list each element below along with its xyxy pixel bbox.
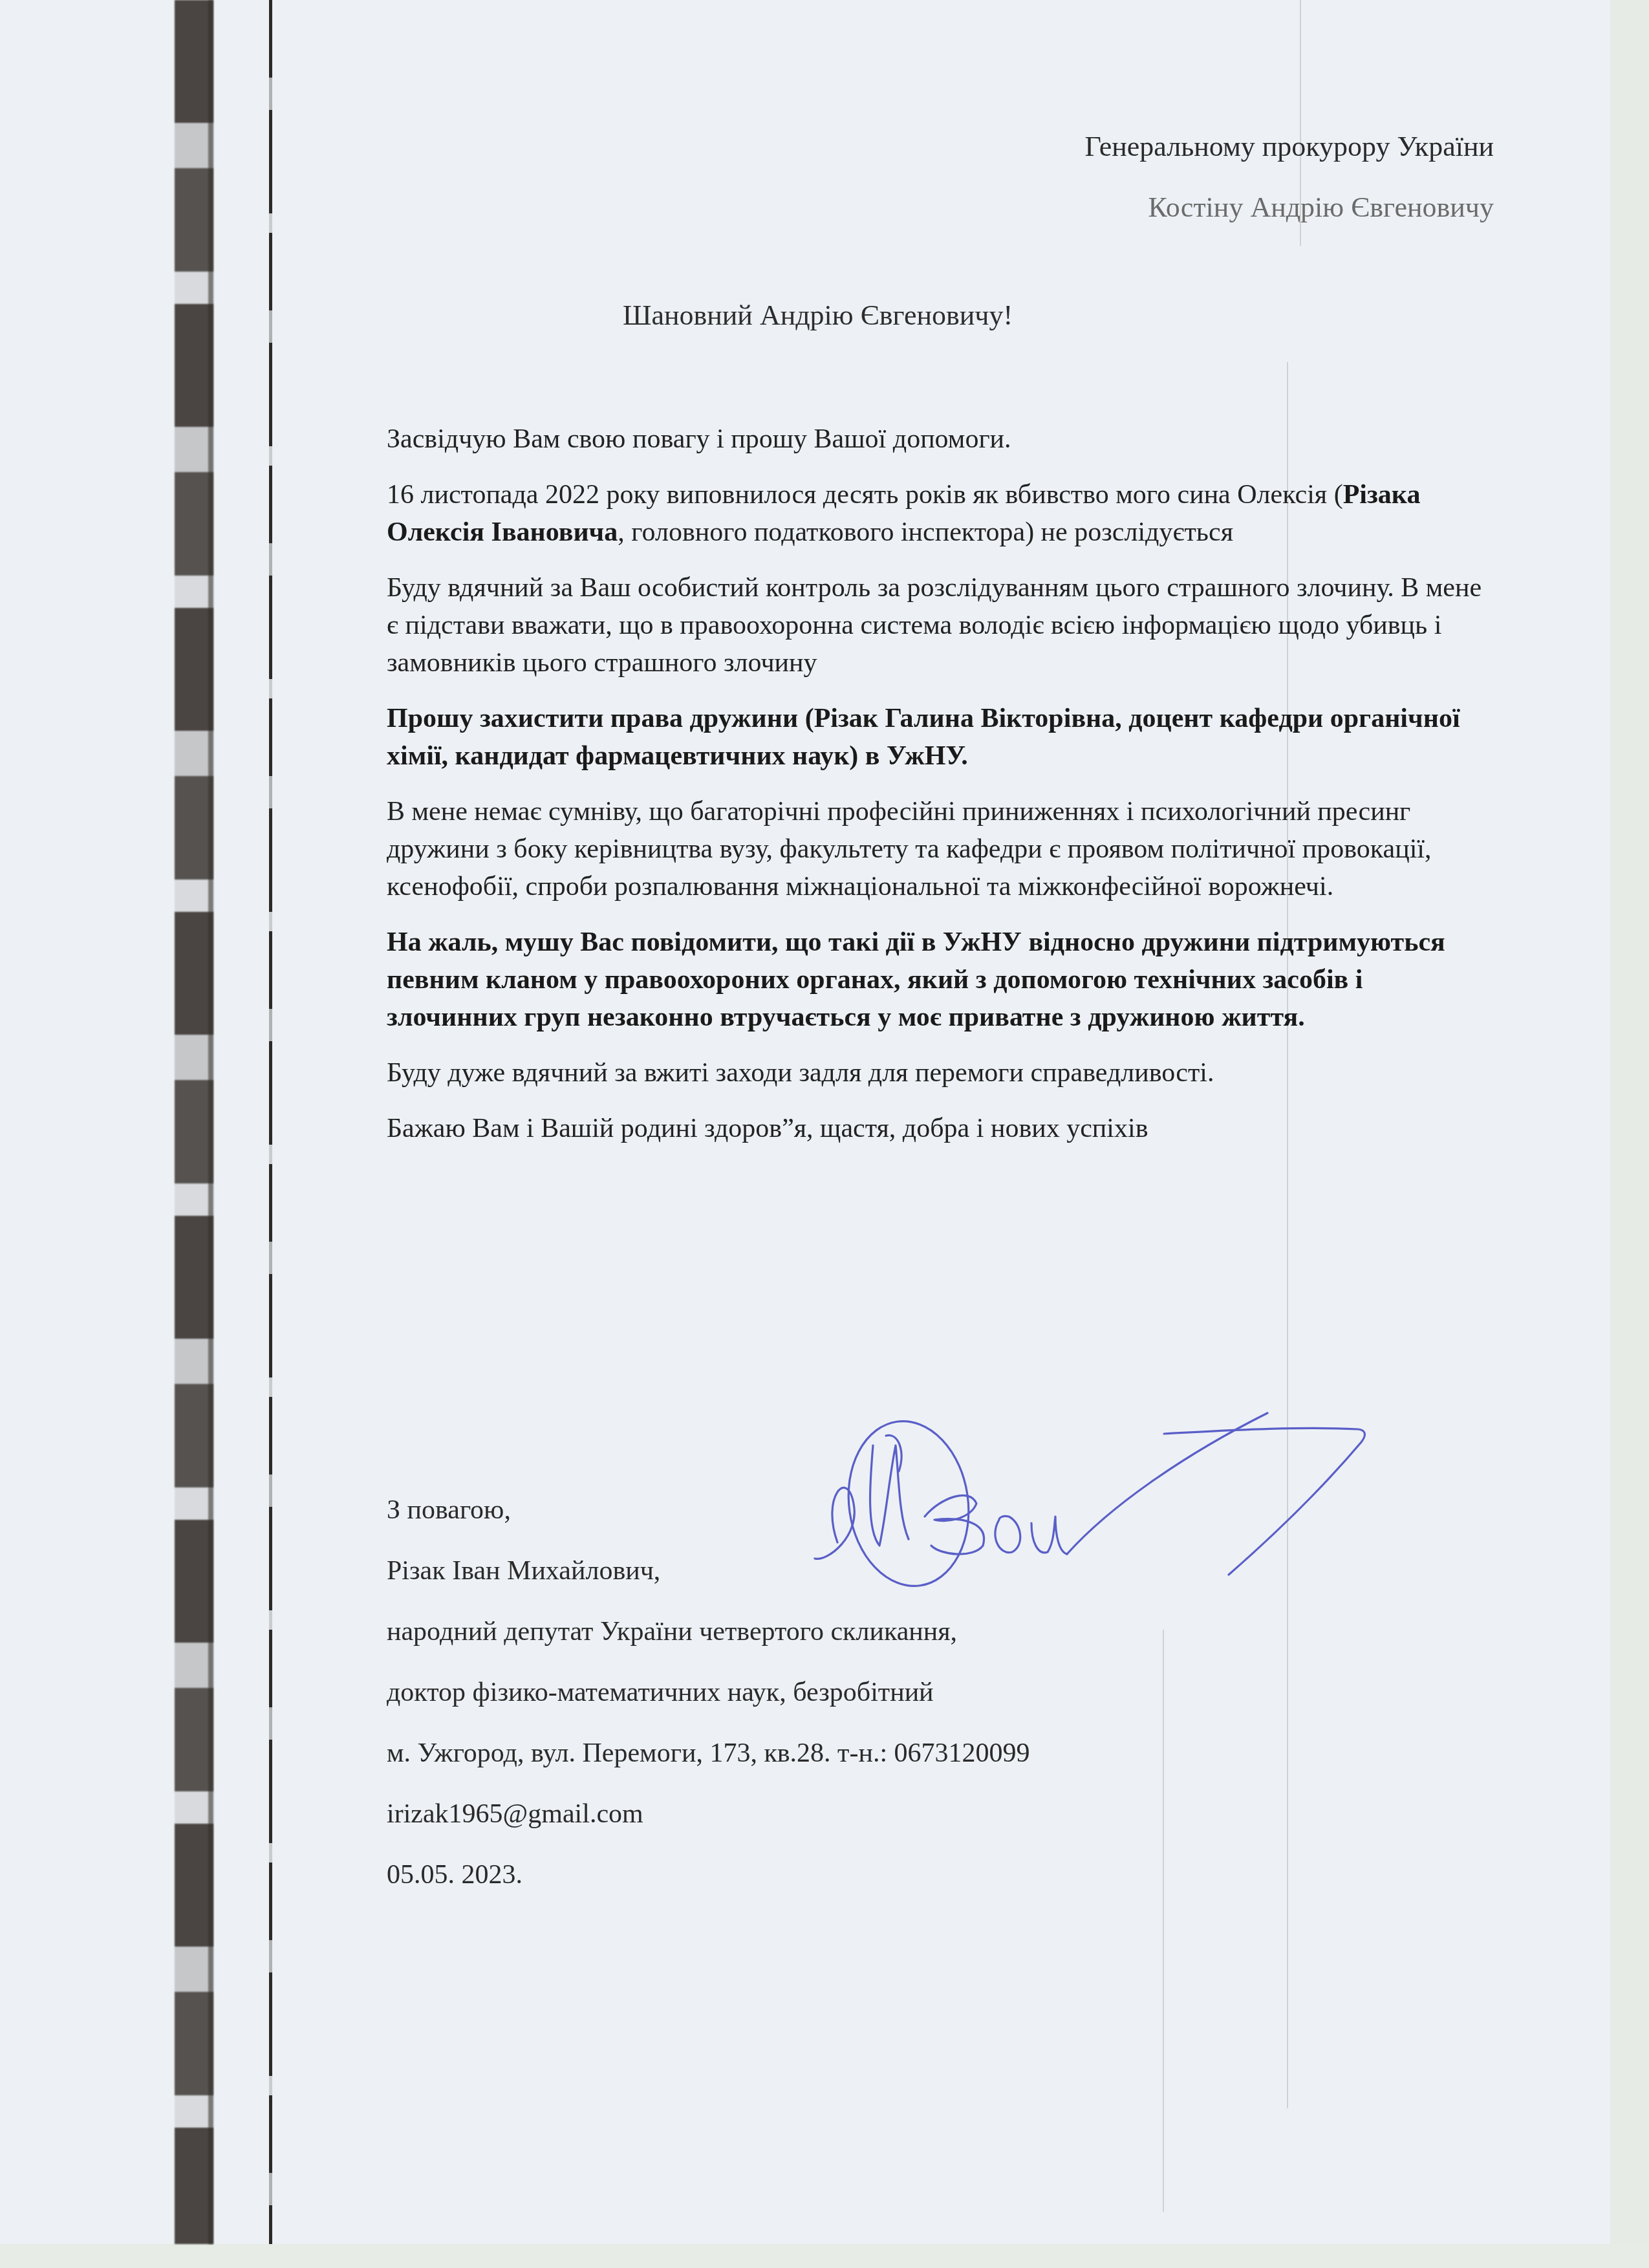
addressee-line-1: Генеральному прокурору України bbox=[1085, 116, 1494, 177]
letter-body: Засвідчую Вам свою повагу і прошу Вашої … bbox=[387, 420, 1499, 1165]
sender-title: народний депутат України четвертого скли… bbox=[387, 1601, 1030, 1662]
sender-email: irizak1965@gmail.com bbox=[387, 1784, 1030, 1844]
paragraph-wishes: Бажаю Вам і Вашій родині здоров”я, щастя… bbox=[387, 1110, 1499, 1147]
sender-name: Різак Іван Михайлович, bbox=[387, 1540, 1030, 1601]
toner-streak-thin-artifact bbox=[208, 0, 213, 2244]
paragraph-gratitude: Буду дуже вдячний за вжиті заходи задля … bbox=[387, 1054, 1499, 1092]
paragraph-regret: На жаль, мушу Вас повідомити, що такі ді… bbox=[387, 923, 1499, 1036]
sender-degree: доктор фізико-математичних наук, безробі… bbox=[387, 1662, 1030, 1723]
closing-regards: З повагою, bbox=[387, 1480, 1030, 1540]
paragraph-wife-rights: Прошу захистити права дружини (Різак Гал… bbox=[387, 700, 1499, 775]
paragraph-no-doubt: В мене немає сумніву, що багаторічні про… bbox=[387, 793, 1499, 905]
salutation: Шановний Андрію Євгеновичу! bbox=[623, 299, 1013, 332]
paragraph-son-murder: 16 листопада 2022 року виповнилося десят… bbox=[387, 476, 1499, 551]
addressee-line-2: Костіну Андрію Євгеновичу bbox=[1085, 177, 1494, 238]
paragraph-son-murder-lead: 16 листопада 2022 року виповнилося десят… bbox=[387, 480, 1343, 510]
toner-streak-artifact bbox=[175, 0, 213, 2244]
margin-line-artifact bbox=[269, 0, 272, 2244]
sender-address: м. Ужгород, вул. Перемоги, 173, кв.28. т… bbox=[387, 1723, 1030, 1784]
printer-ghost-streak bbox=[1163, 1630, 1164, 2212]
paragraph-son-murder-tail: , головного податкового інспектора) не р… bbox=[618, 517, 1233, 547]
scanner-bed-edge-right bbox=[1610, 0, 1649, 2268]
addressee-block: Генеральному прокурору України Костіну А… bbox=[1085, 116, 1494, 238]
paragraph-control-request: Буду вдячний за Ваш особистий контроль з… bbox=[387, 569, 1499, 682]
letter-date: 05.05. 2023. bbox=[387, 1844, 1030, 1905]
scanner-bed-edge-bottom bbox=[0, 2244, 1649, 2268]
closing-block: З повагою, Різак Іван Михайлович, народн… bbox=[387, 1480, 1030, 1905]
paragraph-greeting: Засвідчую Вам свою повагу і прошу Вашої … bbox=[387, 420, 1499, 458]
